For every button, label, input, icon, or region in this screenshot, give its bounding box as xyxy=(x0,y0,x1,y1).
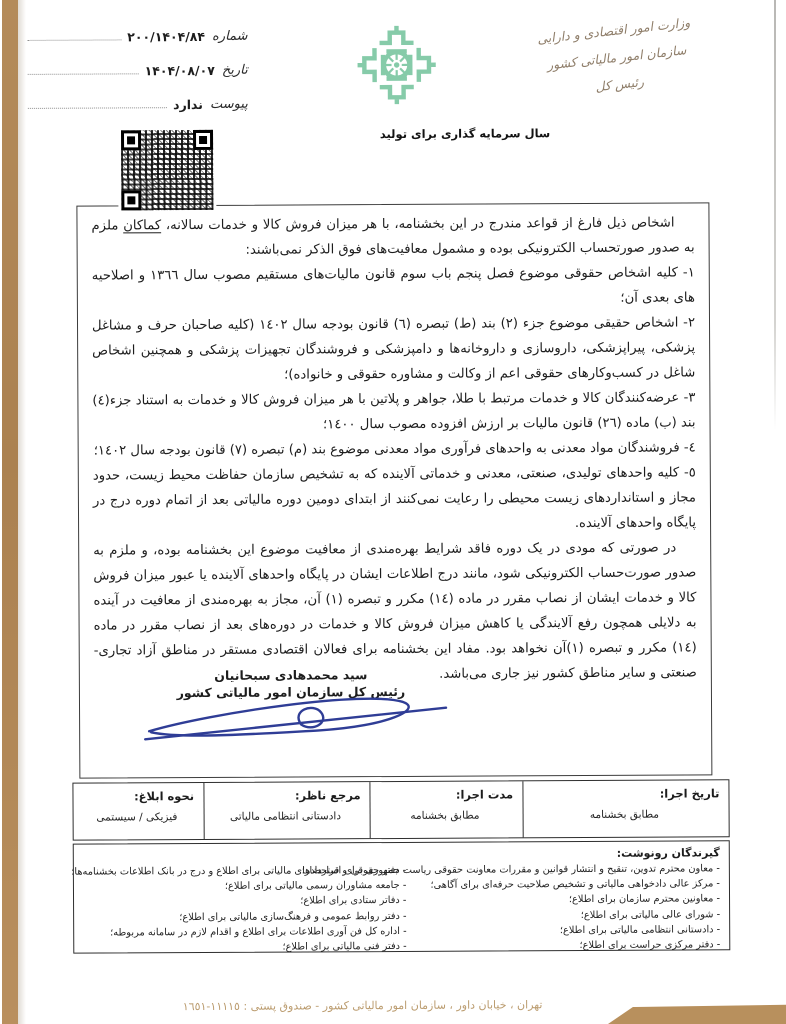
recipients-column-left: - دفتر حقوقی و قراردادهای مالیاتی برای ا… xyxy=(80,863,407,956)
recipient-item: - دادستانی انتظامی مالیاتی برای اطلاع؛ xyxy=(417,922,721,939)
recipients-column-right: - معاون محترم تدوین، تنقیح و انتشار قوان… xyxy=(406,861,720,954)
list-item: ۲- اشخاص حقیقی موضوع جزء (۲) بند (ط) تبص… xyxy=(92,310,695,388)
column-header: مرجع ناظر: xyxy=(210,788,361,804)
meta-row-number: شماره ۲۰۰/۱۴۰۴/۸۴ xyxy=(27,23,247,45)
list-item: ٤- فروشندگان مواد معدنی به واحدهای فرآور… xyxy=(93,435,696,463)
table-cell-execution-date: تاریخ اجرا: مطابق بخشنامه xyxy=(522,780,729,837)
signatory-title: رئیس کل سازمان امور مالیاتی کشور xyxy=(166,683,416,701)
recipient-item: - دفاتر ستادی برای اطلاع؛ xyxy=(84,893,406,910)
recipient-item: - دفتر روابط عمومی و فرهنگ‌سازی مالیاتی … xyxy=(84,909,406,926)
execution-info-table: تاریخ اجرا: مطابق بخشنامه مدت اجرا: مطاب… xyxy=(72,779,729,840)
list-item: ۱- کلیه اشخاص حقوقی موضوع فصل پنجم باب س… xyxy=(92,260,695,313)
intro-paragraph: اشخاص ذیل فارغ از قواعد مندرج در این بخش… xyxy=(91,210,694,263)
qr-finder-icon xyxy=(121,190,141,210)
table-cell-duration: مدت اجرا: مطابق بخشنامه xyxy=(370,781,523,838)
attachment-label: پیوست xyxy=(203,97,248,112)
dotted-rule xyxy=(28,73,139,75)
meta-row-attachment: پیوست ندارد xyxy=(28,91,248,113)
copy-recipients-box: گیرندگان رونوشت: - معاون محترم تدوین، تن… xyxy=(73,840,731,953)
exempt-persons-list: ۱- کلیه اشخاص حقوقی موضوع فصل پنجم باب س… xyxy=(92,260,696,538)
number-label: شماره xyxy=(205,29,248,44)
cell-value: مطابق بخشنامه xyxy=(377,802,514,824)
recipient-item: - اداره کل فن آوری اطلاعات برای اطلاع و … xyxy=(84,924,406,941)
recipient-item: - معاون محترم تدوین، تنقیح و انتشار قوان… xyxy=(416,861,720,878)
attachment-value: ندارد xyxy=(167,97,203,112)
recipient-item: - شورای عالی مالیاتی برای اطلاع؛ xyxy=(416,907,720,924)
qr-finder-icon xyxy=(193,130,213,150)
year-slogan: سال سرمایه گذاری برای تولید xyxy=(376,126,554,141)
cell-value: فیزیکی / سیستمی xyxy=(80,804,195,826)
column-header: مدت اجرا: xyxy=(377,787,514,803)
letter-meta-fields: شماره ۲۰۰/۱۴۰۴/۸۴ تاریخ ۱۴۰۴/۰۸/۰۷ پیوست… xyxy=(27,23,248,126)
address-text: تهران ، خیابان داور ، سازمان امور مالیات… xyxy=(240,998,543,1013)
scanned-document-page: وزارت امور اقتصادی و دارایی سازمان امور … xyxy=(0,0,786,1024)
list-item: ۳- عرضه‌کنندگان کالا و خدمات مرتبط با طل… xyxy=(92,385,695,438)
recipient-item: - معاونین محترم سازمان برای اطلاع؛ xyxy=(416,892,720,909)
postal-code: ١١١١٥-١٦٥١ xyxy=(183,1000,240,1013)
column-header: نحوه ابلاغ: xyxy=(79,789,194,805)
recipient-item: - دفتر حقوقی و قراردادهای مالیاتی برای ا… xyxy=(84,863,406,880)
intro-text-before: اشخاص ذیل فارغ از قواعد مندرج در این بخش… xyxy=(161,216,674,234)
meta-row-date: تاریخ ۱۴۰۴/۰۸/۰۷ xyxy=(28,57,248,79)
date-value: ۱۴۰۴/۰۸/۰۷ xyxy=(139,63,215,78)
signature-block: سید محمدهادی سبحانیان رئیس کل سازمان امو… xyxy=(166,666,416,701)
table-cell-notification-method: نحوه ابلاغ: فیزیکی / سیستمی xyxy=(73,783,203,840)
tax-organization-logo-icon xyxy=(343,14,450,117)
intro-underlined-word: کماکان xyxy=(123,218,161,233)
dotted-rule xyxy=(28,107,167,109)
date-label: تاریخ xyxy=(215,63,248,78)
recipients-columns: - معاون محترم تدوین، تنقیح و انتشار قوان… xyxy=(80,861,720,956)
list-item: ٥- کلیه واحدهای تولیدی، صنعتی، معدنی و خ… xyxy=(93,460,696,538)
letterhead-calligraphy: وزارت امور اقتصادی و دارایی سازمان امور … xyxy=(498,4,735,110)
recipient-item: - جامعه مشاوران رسمی مالیاتی برای اطلاع؛ xyxy=(84,878,406,895)
column-header: تاریخ اجرا: xyxy=(529,786,719,802)
qr-code xyxy=(118,127,216,214)
table-cell-supervisor: مرجع ناظر: دادستانی انتظامی مالیاتی xyxy=(203,782,370,839)
document-content: وزارت امور اقتصادی و دارایی سازمان امور … xyxy=(0,0,786,1024)
qr-finder-icon xyxy=(121,130,141,150)
cell-value: دادستانی انتظامی مالیاتی xyxy=(210,803,361,825)
cell-value: مطابق بخشنامه xyxy=(529,801,719,823)
recipient-item: - دفتر مرکزی حراست برای اطلاع؛ xyxy=(417,937,721,954)
dotted-rule xyxy=(28,39,122,40)
footer-address: تهران ، خیابان داور ، سازمان امور مالیات… xyxy=(103,997,623,1016)
recipient-item: - مرکز عالی دادخواهی مالیاتی و تشخیص صلا… xyxy=(416,876,720,893)
recipient-item: - دفتر فنی مالیاتی برای اطلاع؛ xyxy=(84,939,406,956)
signatory-name: سید محمدهادی سبحانیان xyxy=(166,666,416,684)
number-value: ۲۰۰/۱۴۰۴/۸۴ xyxy=(121,29,205,44)
